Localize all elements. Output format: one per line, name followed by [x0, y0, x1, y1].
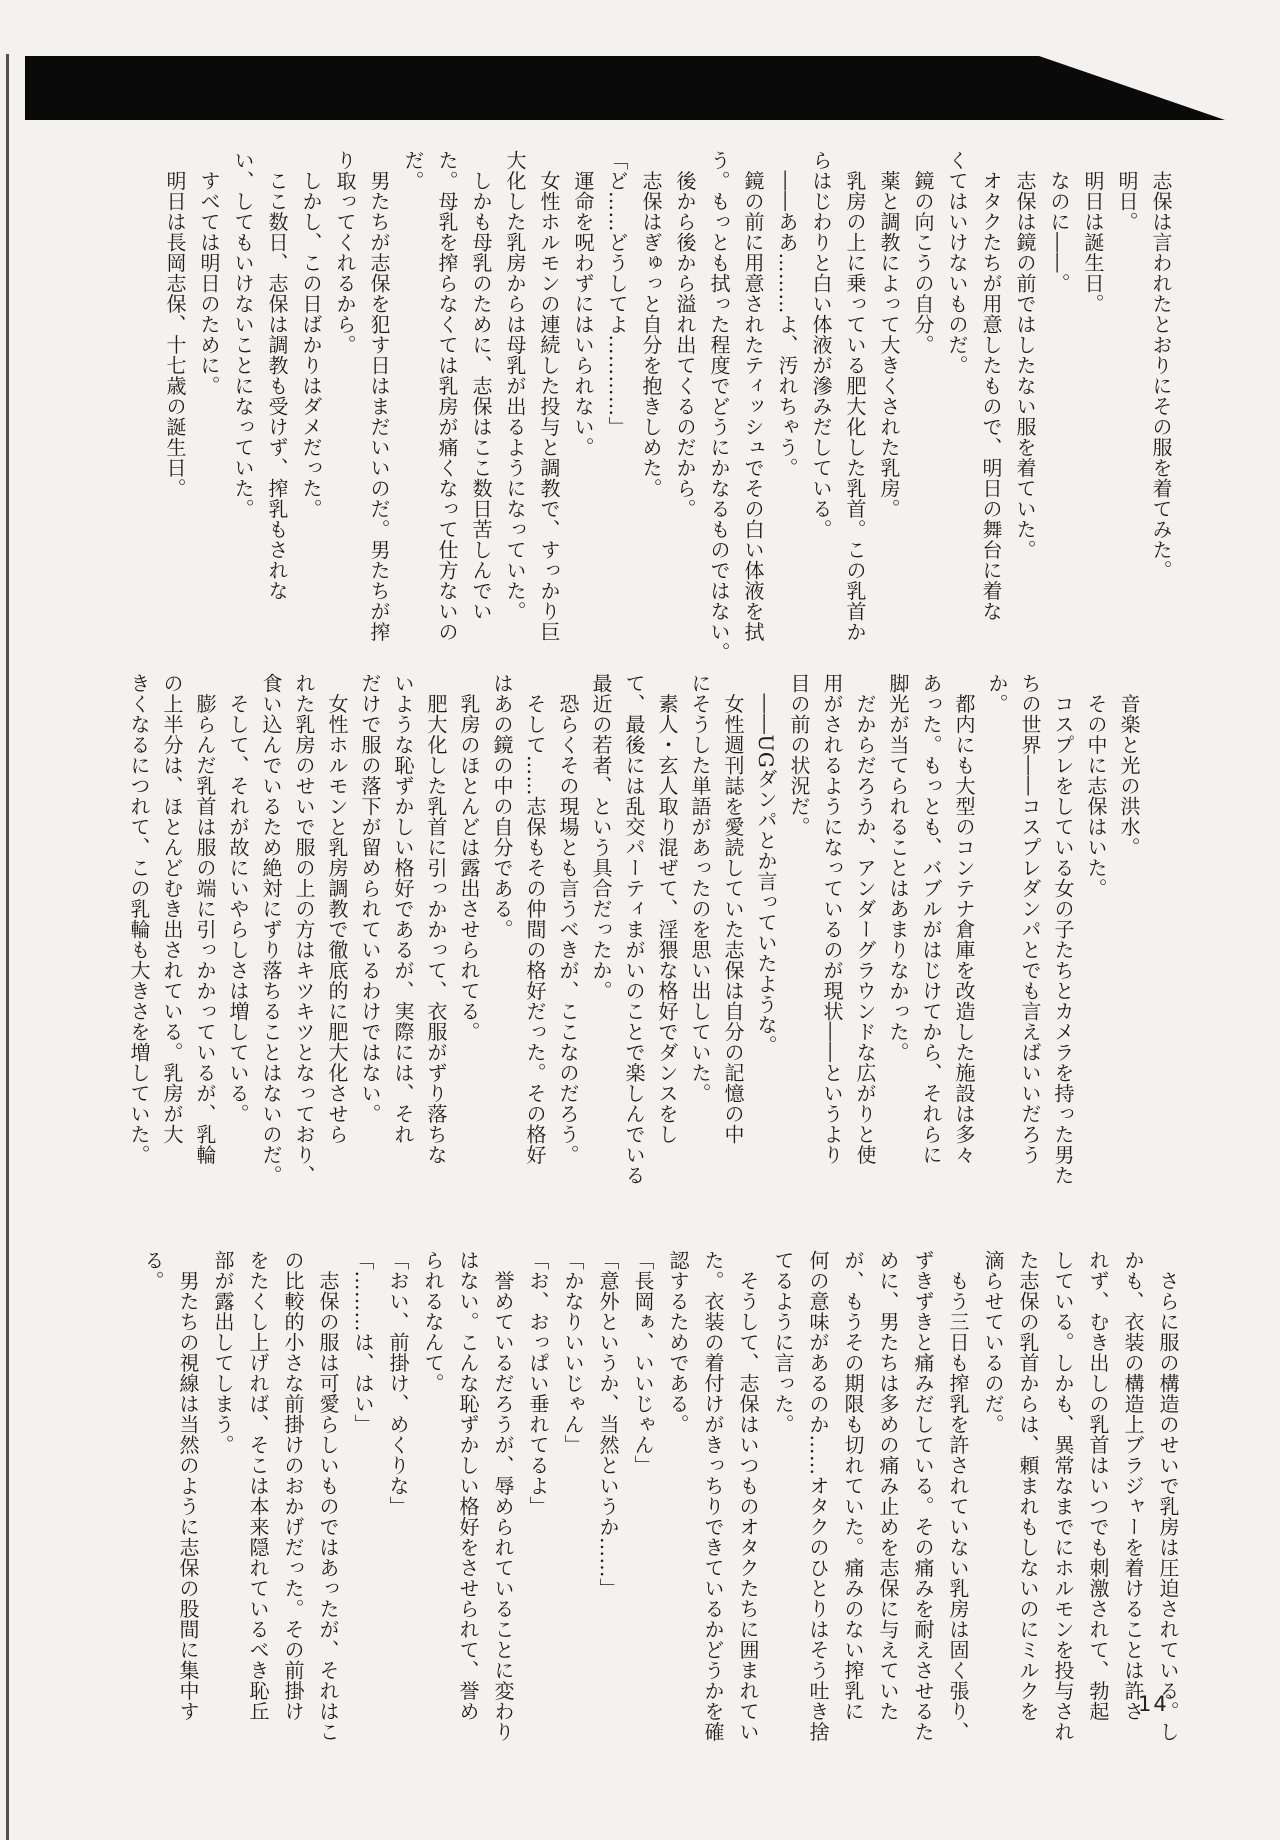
text-column: 後から後から溢れ出てくるのだから。	[668, 150, 702, 655]
text-column: しかし、この日ばかりはダメだった。	[294, 150, 328, 655]
text-column: 「………は、はい」	[345, 1250, 380, 1722]
text-column: 鏡の前に用意されたティッシュでその白い体液を拭	[736, 150, 770, 655]
text-column: あった。もっとも、バブルがはじけてから、それらに	[914, 673, 947, 1171]
text-column: めに、男たちは多めの痛み止めを志保に与えていた	[870, 1250, 905, 1722]
text-column: か。	[980, 673, 1013, 1171]
text-column: の比較的小さな前掛けのおかげだった。その前掛け	[275, 1250, 310, 1722]
text-column: た。母乳を搾らなくては乳房が痛くなって仕方ないの	[430, 150, 464, 655]
text-column: 「ど……どうしてよ…………」	[600, 150, 634, 655]
text-column: 乳房の上に乗っている肥大化した乳首。この乳首か	[838, 150, 872, 655]
text-column: が、もうその期限も切れていた。痛みのない搾乳に	[835, 1250, 870, 1722]
text-column: 明日は長岡志保、十七歳の誕生日。	[158, 150, 192, 655]
text-column: 脚光が当てられることはあまりなかった。	[881, 673, 914, 1171]
header-banner	[25, 56, 1225, 120]
text-column: だけで服の落下が留められているわけではない。	[353, 673, 386, 1171]
text-column: られるなんて。	[415, 1250, 450, 1722]
text-column: 「意外というか、当然というか……」	[590, 1250, 625, 1722]
text-column: て、最後には乱交パーティまがいのことで楽しんでいる	[617, 673, 650, 1171]
text-column: その中に志保はいた。	[1079, 673, 1112, 1171]
text-column: 恐らくその現場とも言うべきが、ここなのだろう。	[551, 673, 584, 1171]
text-column: 女性ホルモンの連続した投与と調教で、すっかり巨	[532, 150, 566, 655]
text-block-middle: 音楽と光の洪水。 その中に志保はいた。 コスプレをしている女の子たちとカメラを持…	[122, 673, 1145, 1171]
text-column: る。	[135, 1250, 170, 1722]
text-column: 女性週刊誌を愛読していた志保は自分の記憶の中	[716, 673, 749, 1171]
text-column: り取ってくれるから。	[328, 150, 362, 655]
text-column: 運命を呪わずにはいられない。	[566, 150, 600, 655]
text-column: オタクたちが用意したもので、明日の舞台に着な	[974, 150, 1008, 655]
text-column: う。もっとも拭った程度でどうにかなるものではない。	[702, 150, 736, 655]
text-column: しかも母乳のために、志保はここ数日苦しんでい	[464, 150, 498, 655]
text-column: 男たちの視線は当然のように志保の股間に集中す	[170, 1250, 205, 1722]
text-column: 用がされるようになっているのが現状――というより	[815, 673, 848, 1171]
text-column: 志保は鏡の前ではしたない服を着ていた。	[1008, 150, 1042, 655]
text-column: そして、それが故にいやらしさは増している。	[221, 673, 254, 1171]
text-column: 大化した乳房からは母乳が出るようになっていた。	[498, 150, 532, 655]
text-column: そうして、志保はいつものオタクたちに囲まれてい	[730, 1250, 765, 1722]
text-column: 滴らせているのだ。	[975, 1250, 1010, 1722]
page-left-edge-shadow	[6, 54, 9, 1840]
text-column: 鏡の向こうの自分。	[906, 150, 940, 655]
text-column: 「かなりいいじゃん」	[555, 1250, 590, 1722]
text-column: 膨らんだ乳首は服の端に引っかかっているが、乳輪	[188, 673, 221, 1171]
text-column: さらに服の構造のせいで乳房は圧迫されている。し	[1150, 1250, 1185, 1722]
text-column: ちの世界――コスプレダンパとでも言えばいいだろう	[1013, 673, 1046, 1171]
text-column: 何の意味があるのか……オタクのひとりはそう吐き捨	[800, 1250, 835, 1722]
text-column: すべては明日のために。	[192, 150, 226, 655]
text-column: かも、衣装の構造上ブラジャーを着けることは許さ	[1115, 1250, 1150, 1722]
text-column: てるように言った。	[765, 1250, 800, 1722]
text-column: 「おい、前掛け、めくりな」	[380, 1250, 415, 1722]
text-column: 明日は誕生日。	[1076, 150, 1110, 655]
text-column: 最近の若者、という具合だったか。	[584, 673, 617, 1171]
text-column: れた乳房のせいで服の上の方はキツキツとなっており、	[287, 673, 320, 1171]
text-column: た志保の乳首からは、頼まれもしないのにミルクを	[1010, 1250, 1045, 1722]
page-number: 14	[1138, 1692, 1169, 1716]
text-column: ずきずきと痛みだしている。その痛みを耐えさせるた	[905, 1250, 940, 1722]
text-column: の上半分は、ほとんどむき出されている。乳房が大	[155, 673, 188, 1171]
text-column: 志保の服は可愛らしいものではあったが、それはこ	[310, 1250, 345, 1722]
text-column: そして……志保もその仲間の格好だった。その格好	[518, 673, 551, 1171]
text-column: ――UGダンパとか言っていたような。	[749, 673, 782, 1171]
text-column: コスプレをしている女の子たちとカメラを持った男た	[1046, 673, 1079, 1171]
text-column: をたくし上げれば、そこは本来隠れているべき恥丘	[240, 1250, 275, 1722]
text-column: なのに――。	[1042, 150, 1076, 655]
text-block-bottom: さらに服の構造のせいで乳房は圧迫されている。しかも、衣装の構造上ブラジャーを着け…	[135, 1250, 1185, 1722]
text-column: にそうした単語があったのを思い出していた。	[683, 673, 716, 1171]
text-column: いような恥ずかしい格好であるが、実際には、それ	[386, 673, 419, 1171]
text-column: 肥大化した乳首に引っかかって、衣服がずり落ちな	[419, 673, 452, 1171]
text-column: もう三日も搾乳を許されていない乳房は固く張り、	[940, 1250, 975, 1722]
text-column: している。しかも、異常なまでにホルモンを投与され	[1045, 1250, 1080, 1722]
text-column: た。衣装の着付けがきっちりできているかどうかを確	[695, 1250, 730, 1722]
text-column: 志保は言われたとおりにその服を着てみた。	[1144, 150, 1178, 655]
text-column: はない。こんな恥ずかしい格好をさせられて、誉め	[450, 1250, 485, 1722]
text-block-top: 志保は言われたとおりにその服を着てみた。 明日。 明日は誕生日。 なのに――。 …	[158, 150, 1178, 655]
text-column: れず、むき出しの乳首はいつでも刺激されて、勃起	[1080, 1250, 1115, 1722]
text-column: きくなるにつれて、この乳輪も大きさを増していた。	[122, 673, 155, 1171]
text-column: 目の前の状況だ。	[782, 673, 815, 1171]
text-column: らはじわりと白い体液が滲みだしている。	[804, 150, 838, 655]
text-column: 薬と調教によって大きくされた乳房。	[872, 150, 906, 655]
text-column: 誉めているだろうが、辱められていることに変わり	[485, 1250, 520, 1722]
text-column: ――ああ………よ、汚れちゃう。	[770, 150, 804, 655]
text-column: くてはいけないものだ。	[940, 150, 974, 655]
text-column: い、してもいけないことになっていた。	[226, 150, 260, 655]
text-column: 男たちが志保を犯す日はまだいいのだ。男たちが搾	[362, 150, 396, 655]
text-column: 音楽と光の洪水。	[1112, 673, 1145, 1171]
text-column: 都内にも大型のコンテナ倉庫を改造した施設は多々	[947, 673, 980, 1171]
text-column: 素人・玄人取り混ぜて、淫猥な格好でダンスをし	[650, 673, 683, 1171]
text-column: 認するためである。	[660, 1250, 695, 1722]
text-column: 女性ホルモンと乳房調教で徹底的に肥大化させら	[320, 673, 353, 1171]
text-column: だからだろうか、アンダーグラウンドな広がりと使	[848, 673, 881, 1171]
text-column: 食い込んでいるため絶対にずり落ちることはないのだ。	[254, 673, 287, 1171]
text-column: だ。	[396, 150, 430, 655]
text-column: ここ数日、志保は調教も受けず、搾乳もされな	[260, 150, 294, 655]
scanned-book-page: 志保は言われたとおりにその服を着てみた。 明日。 明日は誕生日。 なのに――。 …	[0, 0, 1280, 1840]
text-column: 「長岡ぁ、いいじゃん」	[625, 1250, 660, 1722]
text-column: 明日。	[1110, 150, 1144, 655]
text-column: 「お、おっぱい垂れてるよ」	[520, 1250, 555, 1722]
text-column: 部が露出してしまう。	[205, 1250, 240, 1722]
text-column: はあの鏡の中の自分である。	[485, 673, 518, 1171]
text-column: 乳房のほとんどは露出させられてる。	[452, 673, 485, 1171]
text-column: 志保はぎゅっと自分を抱きしめた。	[634, 150, 668, 655]
